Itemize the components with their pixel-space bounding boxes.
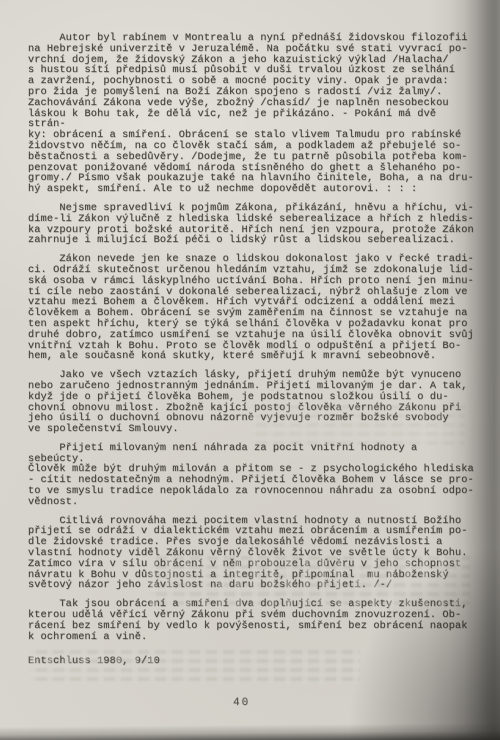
corner-shadow xyxy=(350,550,500,740)
page-number: 40 xyxy=(233,697,250,709)
paragraph: Autor byl rabínem v Montrealu a nyní pře… xyxy=(28,33,476,195)
bottom-edge-shadow xyxy=(0,723,500,740)
scanned-document-page: Autor byl rabínem v Montrealu a nyní pře… xyxy=(0,0,500,740)
bleed-through-ghost-text xyxy=(30,650,360,684)
paragraph: Nejsme spravedliví k pojmům Zákona, přik… xyxy=(28,203,476,246)
paragraph: Přijetí milovaným není náhrada za pocit … xyxy=(28,443,476,508)
paragraph: Zákon nevede jen ke snaze o lidskou doko… xyxy=(28,254,476,362)
